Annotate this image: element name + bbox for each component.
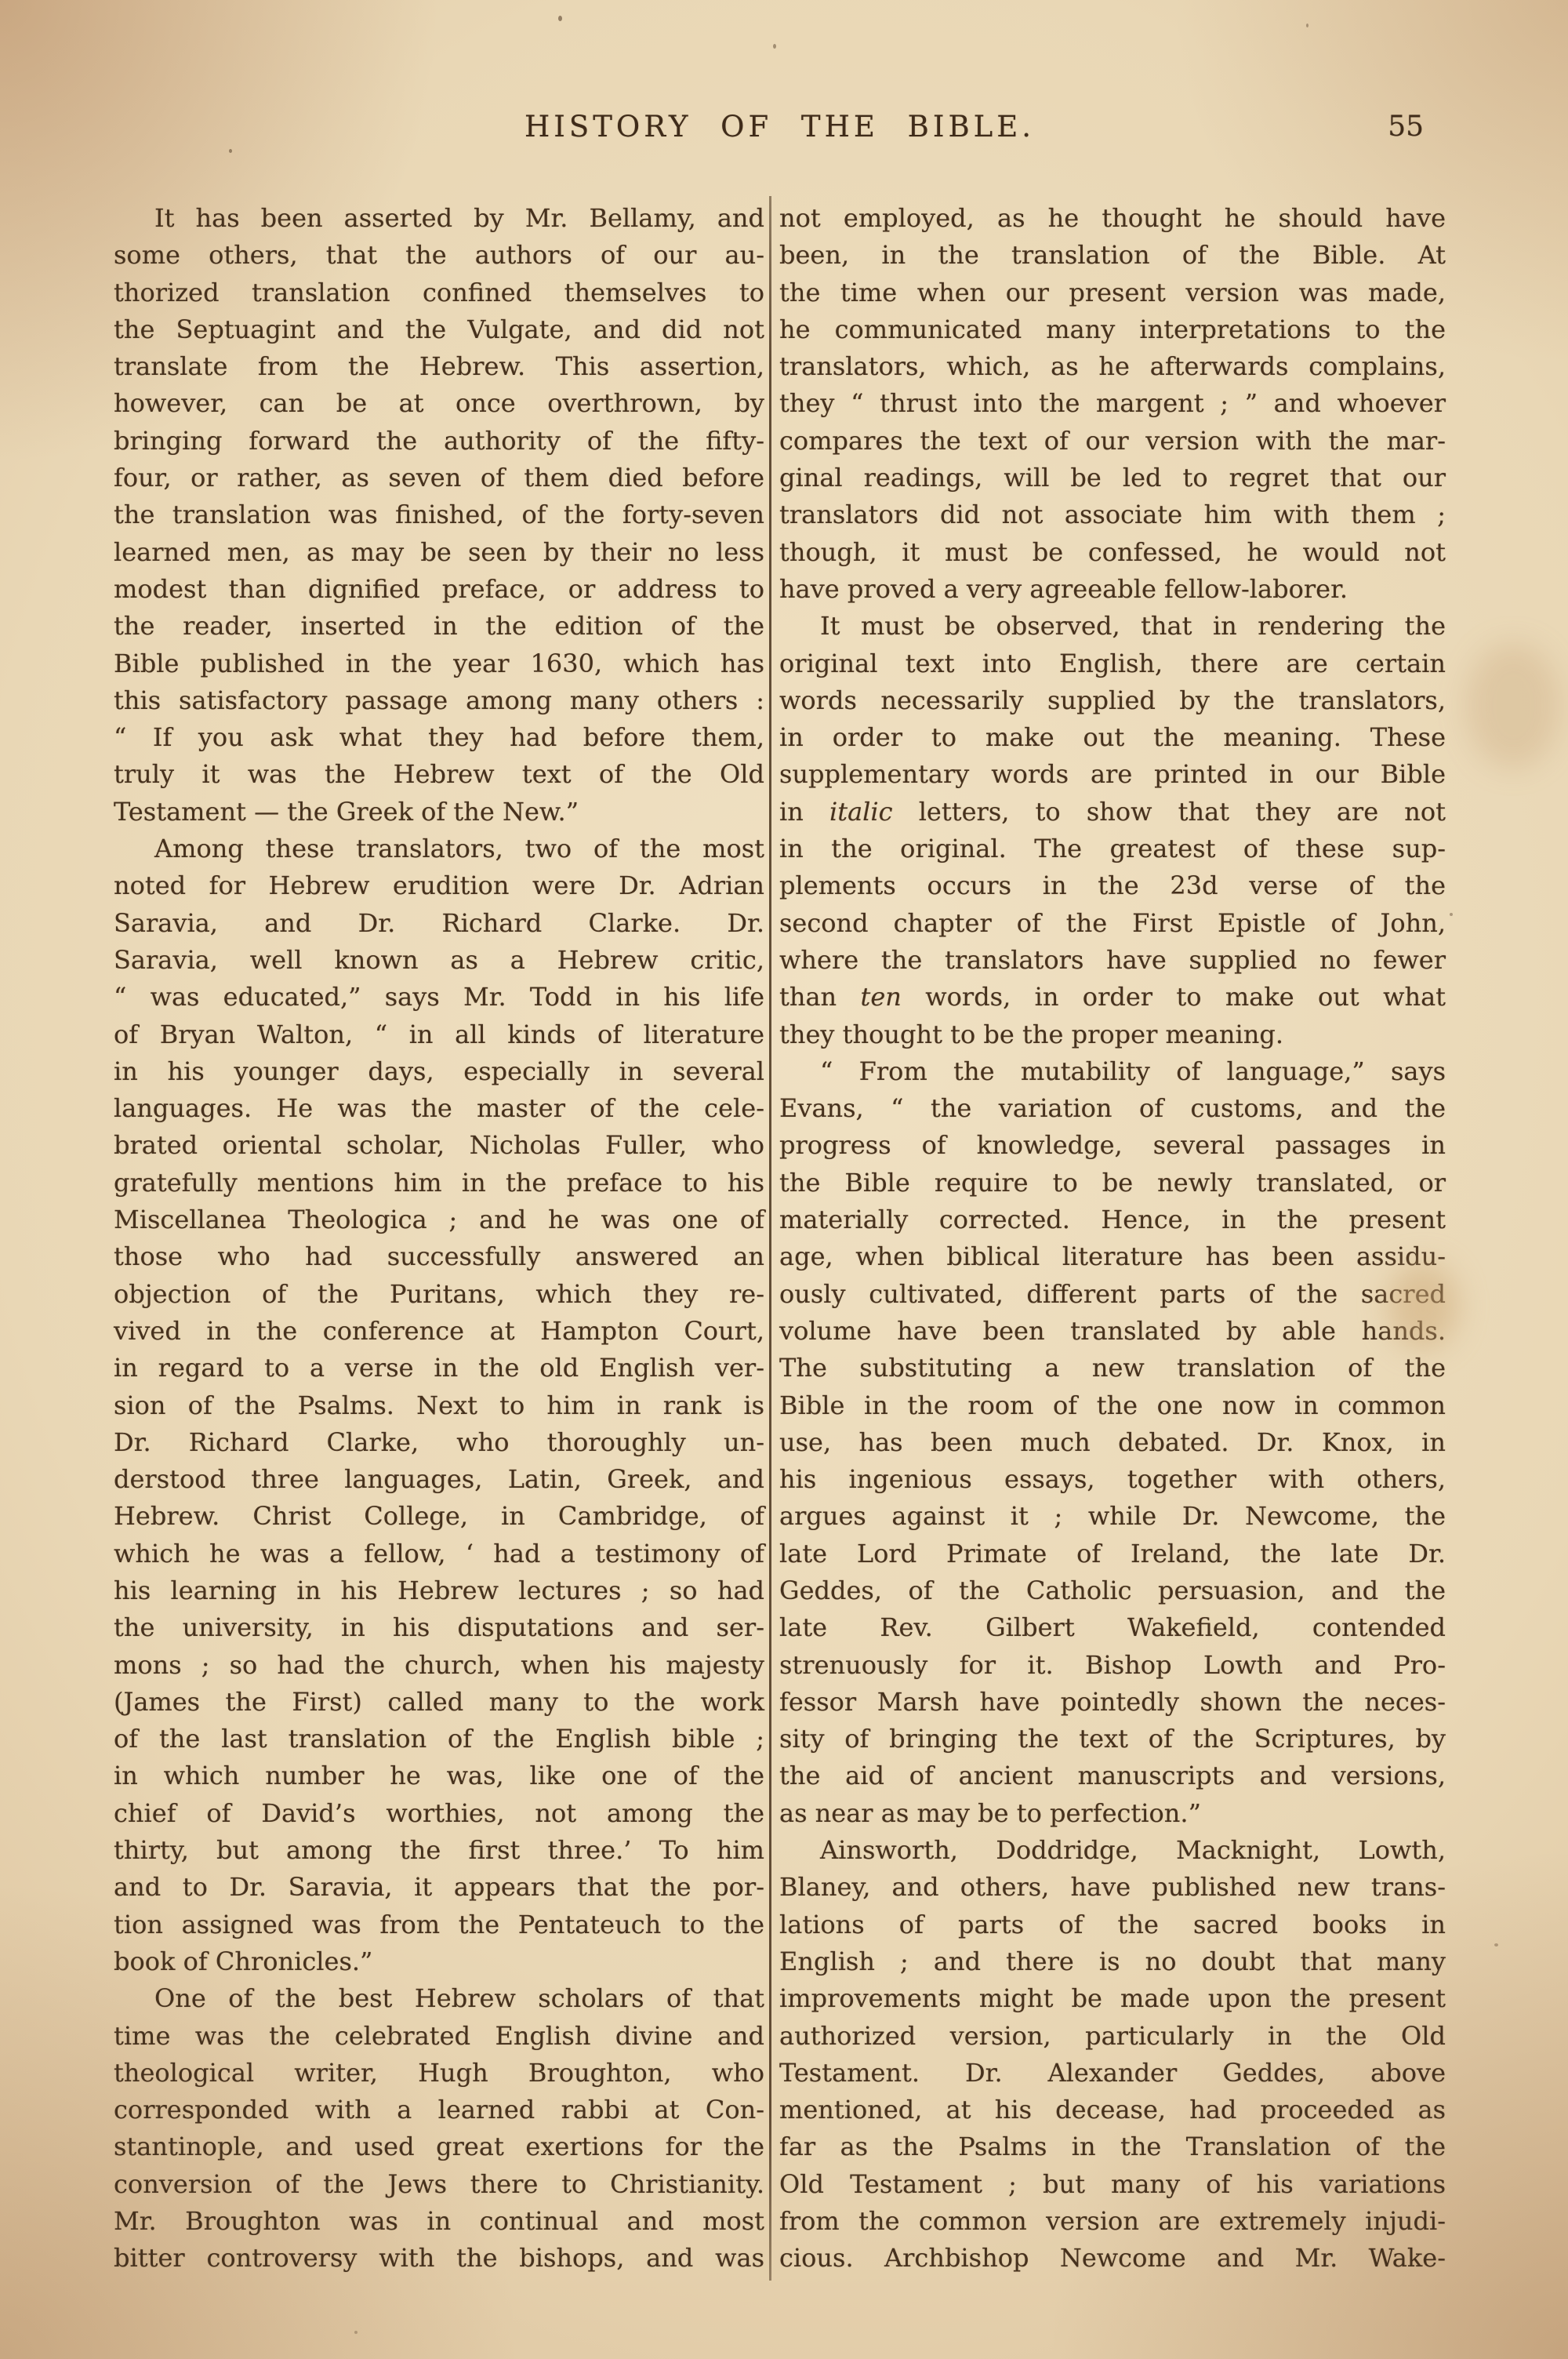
text-line: Mr. Broughton was in continual and most (114, 2203, 764, 2240)
text-line: modest than dignified preface, or addres… (114, 571, 764, 608)
text-line: Dr. Richard Clarke, who thoroughly un- (114, 1424, 764, 1461)
text-line: Bible in the room of the one now in comm… (779, 1387, 1446, 1424)
text-line: derstood three languages, Latin, Greek, … (114, 1461, 764, 1498)
text-line: languages. He was the master of the cele… (114, 1090, 764, 1127)
paper-speck (558, 16, 562, 21)
text-line: book of Chronicles.” (114, 1943, 764, 1980)
text-line: compares the text of our version with th… (779, 423, 1446, 460)
text-line: Evans, “ the variation of customs, and t… (779, 1090, 1446, 1127)
text-line: argues against it ; while Dr. Newcome, t… (779, 1498, 1446, 1535)
text-line: not employed, as he thought he should ha… (779, 200, 1446, 237)
paragraph: Ainsworth, Doddridge, Macknight, Lowth,B… (779, 1832, 1446, 2277)
text-line: learned men, as may be seen by their no … (114, 534, 764, 571)
text-line: translators, which, as he afterwards com… (779, 348, 1446, 385)
text-line: mentioned, at his decease, had proceeded… (779, 2092, 1446, 2128)
text-line: Testament. Dr. Alexander Geddes, above (779, 2055, 1446, 2092)
text-column-left: It has been asserted by Mr. Bellamy, and… (114, 200, 764, 2277)
paragraph: not employed, as he thought he should ha… (779, 200, 1446, 608)
text-line: translators did not associate him with t… (779, 496, 1446, 533)
text-line: It must be observed, that in rendering t… (779, 608, 1446, 645)
text-line: the aid of ancient manuscripts and versi… (779, 1757, 1446, 1794)
text-line: Saravia, and Dr. Richard Clarke. Dr. (114, 905, 764, 942)
text-line: corresponded with a learned rabbi at Con… (114, 2092, 764, 2128)
text-line: English ; and there is no doubt that man… (779, 1943, 1446, 1980)
text-line: the university, in his disputations and … (114, 1609, 764, 1646)
text-line: cious. Archbishop Newcome and Mr. Wake- (779, 2240, 1446, 2277)
text-line: theological writer, Hugh Broughton, who (114, 2055, 764, 2092)
text-line: they thought to be the proper meaning. (779, 1016, 1446, 1053)
text-line: he communicated many interpretations to … (779, 311, 1446, 348)
text-line: from the common version are extremely in… (779, 2203, 1446, 2240)
paper-speck (1306, 24, 1308, 27)
page-title: HISTORY OF THE BIBLE. (114, 110, 1446, 144)
text-line: thorized translation confined themselves… (114, 274, 764, 311)
text-line: One of the best Hebrew scholars of that (114, 1980, 764, 2017)
text-line: lations of parts of the sacred books in (779, 1906, 1446, 1943)
text-line: the reader, inserted in the edition of t… (114, 608, 764, 645)
text-line: conversion of the Jews there to Christia… (114, 2166, 764, 2203)
paragraph: It has been asserted by Mr. Bellamy, and… (114, 200, 764, 831)
paragraph: One of the best Hebrew scholars of thatt… (114, 1980, 764, 2277)
paper-speck (229, 149, 232, 153)
text-line: ously cultivated, different parts of the… (779, 1276, 1446, 1313)
text-line: plements occurs in the 23d verse of the (779, 867, 1446, 904)
paragraph: “ From the mutability of language,” says… (779, 1053, 1446, 1832)
text-line: progress of knowledge, several passages … (779, 1127, 1446, 1164)
text-line: It has been asserted by Mr. Bellamy, and (114, 200, 764, 237)
text-line: some others, that the authors of our au- (114, 237, 764, 274)
text-line: chief of David’s worthies, not among the (114, 1795, 764, 1832)
text-line: supplementary words are printed in our B… (779, 756, 1446, 793)
text-line: Saravia, well known as a Hebrew critic, (114, 942, 764, 979)
text-line: where the translators have supplied no f… (779, 942, 1446, 979)
paper-stain (1466, 643, 1560, 769)
text-line: in italic letters, to show that they are… (779, 794, 1446, 831)
text-line: Old Testament ; but many of his variatio… (779, 2166, 1446, 2203)
text-line: The substituting a new translation of th… (779, 1350, 1446, 1387)
paragraph: Among these translators, two of the most… (114, 831, 764, 1980)
text-line: “ From the mutability of language,” says (779, 1053, 1446, 1090)
text-line: in regard to a verse in the old English … (114, 1350, 764, 1387)
text-line: Testament — the Greek of the New.” (114, 794, 764, 831)
text-line: sity of bringing the text of the Scriptu… (779, 1721, 1446, 1757)
text-line: Hebrew. Christ College, in Cambridge, of (114, 1498, 764, 1535)
text-line: “ If you ask what they had before them, (114, 719, 764, 756)
text-line: Bible published in the year 1630, which … (114, 645, 764, 682)
text-line: his learning in his Hebrew lectures ; so… (114, 1572, 764, 1609)
text-line: late Lord Primate of Ireland, the late D… (779, 1536, 1446, 1572)
text-line: Blaney, and others, have published new t… (779, 1869, 1446, 1906)
text-line: volume have been translated by able hand… (779, 1313, 1446, 1350)
text-line: ginal readings, will be led to regret th… (779, 460, 1446, 496)
text-line: bitter controversy with the bishops, and… (114, 2240, 764, 2277)
paragraph: It must be observed, that in rendering t… (779, 608, 1446, 1053)
text-line: in which number he was, like one of the (114, 1757, 764, 1794)
text-line: words necessarily supplied by the transl… (779, 682, 1446, 719)
text-line: age, when biblical literature has been a… (779, 1238, 1446, 1275)
paper-speck (354, 2331, 358, 2334)
text-line: than ten words, in order to make out wha… (779, 979, 1446, 1016)
text-line: the translation was finished, of the for… (114, 496, 764, 533)
text-line: this satisfactory passage among many oth… (114, 682, 764, 719)
text-line: the Septuagint and the Vulgate, and did … (114, 311, 764, 348)
text-line: (James the First) called many to the wor… (114, 1684, 764, 1721)
text-line: late Rev. Gilbert Wakefield, contended (779, 1609, 1446, 1646)
text-line: stantinople, and used great exertions fo… (114, 2128, 764, 2165)
text-line: materially corrected. Hence, in the pres… (779, 1201, 1446, 1238)
text-line: the Bible require to be newly translated… (779, 1165, 1446, 1201)
text-line: “ was educated,” says Mr. Todd in his li… (114, 979, 764, 1016)
text-line: translate from the Hebrew. This assertio… (114, 348, 764, 385)
page-number: 55 (1388, 111, 1424, 143)
text-line: his ingenious essays, together with othe… (779, 1461, 1446, 1498)
text-line: those who had successfully answered an (114, 1238, 764, 1275)
text-line: four, or rather, as seven of them died b… (114, 460, 764, 496)
text-line: vived in the conference at Hampton Court… (114, 1313, 764, 1350)
text-line: far as the Psalms in the Translation of … (779, 2128, 1446, 2165)
text-line: the time when our present version was ma… (779, 274, 1446, 311)
text-line: truly it was the Hebrew text of the Old (114, 756, 764, 793)
scanned-book-page: HISTORY OF THE BIBLE. 55 It has been ass… (0, 0, 1568, 2359)
text-line: tion assigned was from the Pentateuch to… (114, 1906, 764, 1943)
text-column-right: not employed, as he thought he should ha… (779, 200, 1446, 2277)
text-line: use, has been much debated. Dr. Knox, in (779, 1424, 1446, 1461)
column-divider-rule (769, 196, 771, 2281)
text-line: mons ; so had the church, when his majes… (114, 1647, 764, 1684)
text-line: been, in the translation of the Bible. A… (779, 237, 1446, 274)
text-line: have proved a very agreeable fellow-labo… (779, 571, 1446, 608)
text-line: in his younger days, especially in sever… (114, 1053, 764, 1090)
text-line: sion of the Psalms. Next to him in rank … (114, 1387, 764, 1424)
text-line: Geddes, of the Catholic persuasion, and … (779, 1572, 1446, 1609)
text-line: authorized version, particularly in the … (779, 2018, 1446, 2055)
text-line: in order to make out the meaning. These (779, 719, 1446, 756)
text-line: second chapter of the First Epistle of J… (779, 905, 1446, 942)
text-line: and to Dr. Saravia, it appears that the … (114, 1869, 764, 1906)
text-line: time was the celebrated English divine a… (114, 2018, 764, 2055)
text-line: Ainsworth, Doddridge, Macknight, Lowth, (779, 1832, 1446, 1869)
text-line: objection of the Puritans, which they re… (114, 1276, 764, 1313)
text-line: in the original. The greatest of these s… (779, 831, 1446, 867)
text-line: they “ thrust into the margent ; ” and w… (779, 385, 1446, 422)
text-line: though, it must be confessed, he would n… (779, 534, 1446, 571)
text-line: Miscellanea Theologica ; and he was one … (114, 1201, 764, 1238)
text-line: improvements might be made upon the pres… (779, 1980, 1446, 2017)
text-line: noted for Hebrew erudition were Dr. Adri… (114, 867, 764, 904)
text-line: fessor Marsh have pointedly shown the ne… (779, 1684, 1446, 1721)
text-line: thirty, but among the first three.’ To h… (114, 1832, 764, 1869)
text-line: brated oriental scholar, Nicholas Fuller… (114, 1127, 764, 1164)
running-head: HISTORY OF THE BIBLE. 55 (114, 110, 1446, 154)
paper-stain (1388, 1263, 1458, 1349)
text-line: which he was a fellow, ‘ had a testimony… (114, 1536, 764, 1572)
text-line: of the last translation of the English b… (114, 1721, 764, 1757)
text-line: bringing forward the authority of the fi… (114, 423, 764, 460)
paper-speck (773, 44, 776, 49)
text-line: strenuously for it. Bishop Lowth and Pro… (779, 1647, 1446, 1684)
text-line: gratefully mentions him in the preface t… (114, 1165, 764, 1201)
paper-speck (1494, 1943, 1498, 1946)
text-line: of Bryan Walton, “ in all kinds of liter… (114, 1016, 764, 1053)
text-line: original text into English, there are ce… (779, 645, 1446, 682)
text-line: however, can be at once overthrown, by (114, 385, 764, 422)
text-line: Among these translators, two of the most (114, 831, 764, 867)
paper-speck (1450, 913, 1453, 916)
text-line: as near as may be to perfection.” (779, 1795, 1446, 1832)
